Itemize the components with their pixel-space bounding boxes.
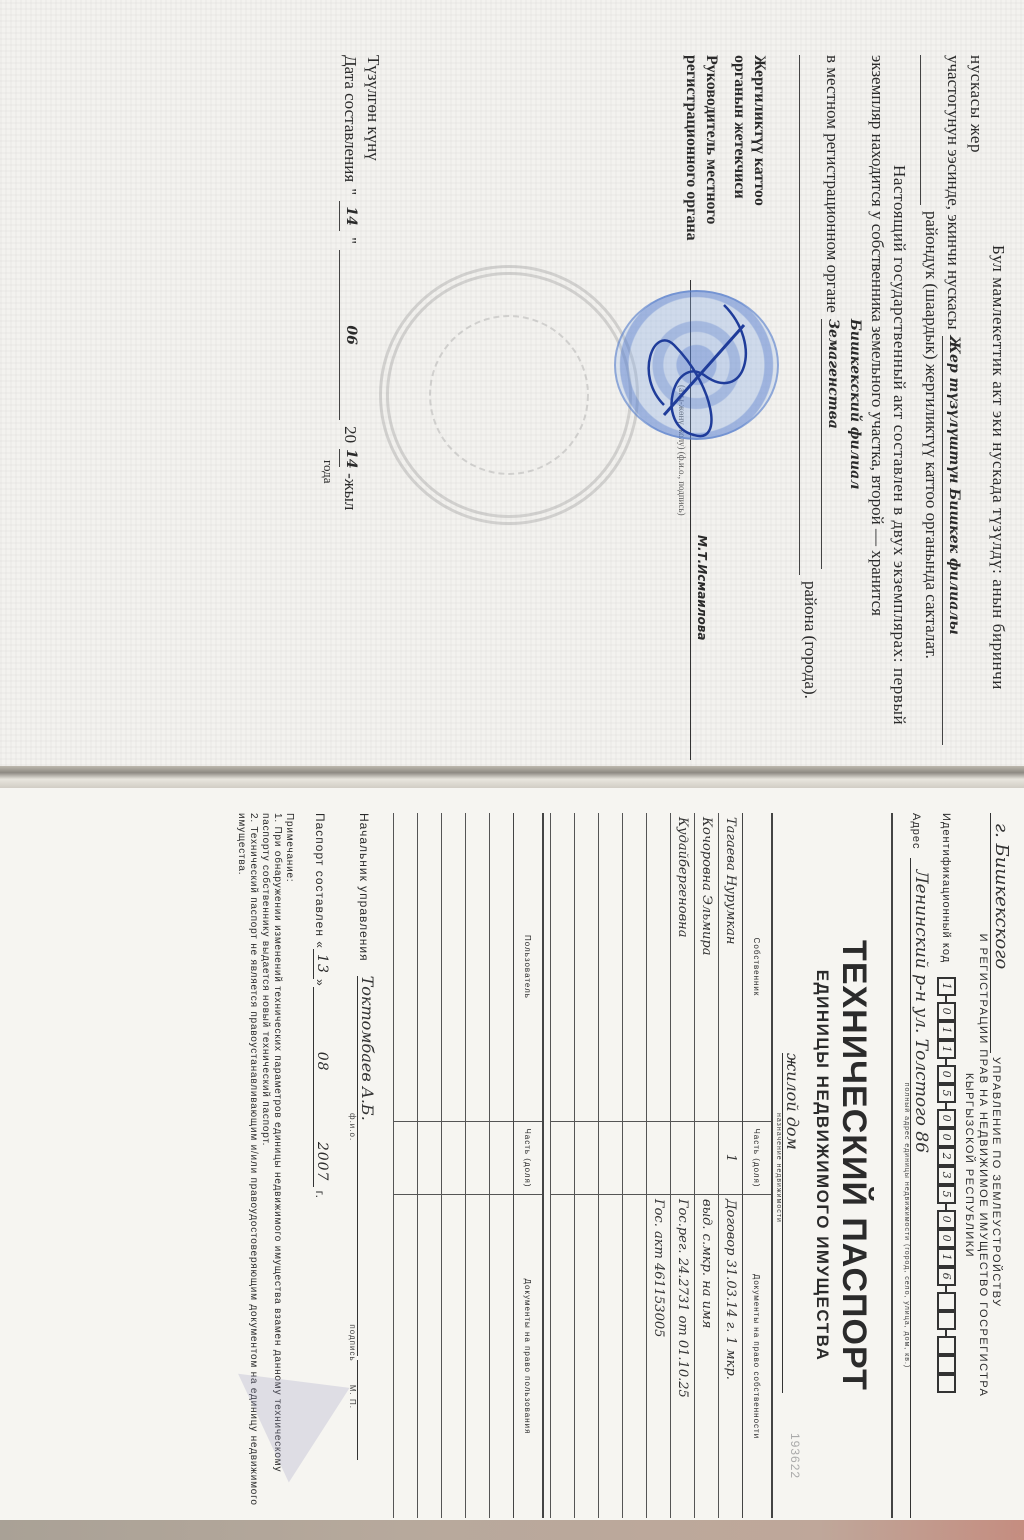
owners-cell-share: 1 [719,1122,743,1195]
owners-cell-owner: Кочоровна Эльмира [695,813,719,1122]
date-label-ky: Түзүлгөн күнү [362,55,384,510]
blank-fill-line [920,55,921,205]
code-digit-box: 0 [937,1229,956,1248]
compilation-date-block: Түзүлгөн күнү Дата составления " 14 " 06… [317,55,384,510]
compiled-year: 2007 [313,1137,330,1187]
compiled-day: 13 [313,949,330,979]
kyrgyz-holder-line: участогунун ээсинде, экинчи нускасы Жер … [942,55,965,745]
owners-header-share: Часть (доля) [743,1122,773,1195]
code-digit-box: 1 [937,1021,956,1040]
owners-cell-docs: выд. с.мкр. на имя [695,1195,719,1519]
owners-cell-share [695,1122,719,1195]
signatory-label-ru-1: Руководитель местного [701,55,721,255]
identification-code-row: Идентификационный код 101105002350016 [937,813,956,1518]
signatory-block: Жергиликтүү каттоо органын жетекчиси Рук… [681,55,769,755]
owners-table-row: Гос. акт 461153005 [647,813,671,1518]
users-cell-user [418,813,442,1122]
users-table-row [490,813,514,1518]
code-digit-box: 1 [937,977,956,996]
users-cell-user [466,813,490,1122]
date-year-prefix: 20 [339,426,361,443]
code-digit-box: 1 [937,1040,956,1059]
issuer-line1: УПРАВЛЕНИЕ ПО ЗЕМЛЕУСТРОЙСТВУ [990,1057,1002,1308]
users-table-row [394,813,418,1518]
owners-cell-docs [575,1195,599,1519]
users-cell-user [490,813,514,1122]
stamp-number: 193622 [782,1433,802,1479]
kyrgyz-text-line2: участогунун ээсинде, экинчи нускасы [942,55,964,330]
owners-table-row: Кочоровна Эльмиравыд. с.мкр. на имя [695,813,719,1518]
users-header-share: Часть (доля) [514,1122,544,1195]
table-surface-edge [0,1520,1024,1540]
year-word-ru: года [317,55,339,510]
code-digit-box: 0 [937,1002,956,1021]
code-digit-box: 0 [937,1109,956,1128]
head-of-department-name: Токтомбаев А.Б. [357,976,377,1356]
signatory-label-ky-1: Жергиликтүү каттоо [749,55,769,255]
code-digit-box: 0 [937,1210,956,1229]
compiled-month: 08 [313,987,330,1137]
owners-table-row [599,813,623,1518]
compiled-year-suffix: г. [313,1191,327,1199]
russian-text-line2: экземпляр находится у собственника земел… [866,55,888,745]
kyrgyz-holder-handwritten: Жер түзүлүштүн Бишкек филиалы [942,336,965,745]
owners-cell-docs [599,1195,623,1519]
code-digit-box [937,1355,956,1374]
blank-fill-line [799,55,800,575]
document-title: ТЕХНИЧЕСКИЙ ПАСПОРТ [834,813,873,1518]
code-digit-box: 0 [937,1065,956,1084]
users-cell-user [442,813,466,1122]
date-line: Дата составления " 14 " 06 2014 -жыл [339,55,362,510]
owners-cell-share [647,1122,671,1195]
kyrgyz-line3: райондук (шаардык) жергиликтүү каттоо ор… [920,55,942,745]
code-digit-box: 1 [937,1248,956,1267]
address-row: Адрес Ленинский р-н ул. Толстого 86 [910,813,931,1518]
owners-cell-share [575,1122,599,1195]
technical-passport-rotated: г. Бишкекского УПРАВЛЕНИЕ ПО ЗЕМЛЕУСТРОЙ… [0,788,1024,1540]
owners-cell-owner [551,813,575,1122]
users-table-row [442,813,466,1518]
caption-name: ф.и.о. [348,1113,357,1141]
signatory-name: М.Т.Исмаилова [695,535,709,640]
owners-cell-owner [599,813,623,1122]
state-act-back-page: Бул мамлекеттик акт эки нускада түзүлдү:… [0,0,1024,772]
issuer-city-handwritten: г. Бишкекского [990,813,1012,1053]
signature-scribble-icon [624,285,784,455]
russian-text-line3: в местном регистрационном органе [821,55,843,313]
issuer-line2: И РЕГИСТРАЦИИ ПРАВ НА НЕДВИЖИМОЕ ИМУЩЕСТ… [976,813,990,1518]
technical-passport-page: г. Бишкекского УПРАВЛЕНИЕ ПО ЗЕМЛЕУСТРОЙ… [0,788,1024,1540]
address-label: Адрес [910,813,922,850]
state-emblem-watermark [379,265,639,525]
users-cell-user [394,813,418,1122]
owners-cell-docs: Гос. акт 461153005 [647,1195,671,1519]
kyrgyz-text-line1: Бул мамлекеттик акт эки нускада түзүлдү:… [967,55,1008,690]
users-cell-docs [418,1195,442,1519]
owners-table: Собственник Часть (доля) Документы на пр… [550,813,773,1518]
users-cell-share [442,1122,466,1195]
owners-cell-docs: Договор 31.03.14 г. 1 мкр. [719,1195,743,1519]
users-header-docs: Документы на право пользования [514,1195,544,1519]
code-digit-box [937,1336,956,1355]
signatory-label-ky-2: органын жетекчиси [729,55,749,255]
owners-table-row [551,813,575,1518]
code-digit-box: 6 [937,1267,956,1286]
date-month: 06 [339,250,362,420]
russian-holder-line: в местном регистрационном органе Бишкекс… [821,55,866,745]
purpose-row: жилой дом 193622 [782,813,802,1518]
users-table: Пользователь Часть (доля) Документы на п… [393,813,544,1518]
users-cell-docs [490,1195,514,1519]
russian-text-line1: Настоящий государственный акт составлен … [890,165,909,725]
page-fold [0,766,1024,788]
owners-cell-share [551,1122,575,1195]
address-value: Ленинский р-н ул. Толстого 86 [910,858,931,1519]
owners-cell-owner: Тагаева Нурумкан [719,813,743,1122]
users-cell-docs [442,1195,466,1519]
divider [891,813,893,1518]
owners-header-owner: Собственник [743,813,773,1122]
code-digit-box: 3 [937,1166,956,1185]
compiled-label: Паспорт составлен « [313,813,327,949]
code-digit-box [937,1311,956,1330]
code-digit-box [937,1292,956,1311]
owners-table-row: Тагаева Нурумкан1Договор 31.03.14 г. 1 м… [719,813,743,1518]
code-digit-box: 0 [937,1128,956,1147]
purpose-value: жилой дом [782,1053,802,1393]
owners-table-row: КудайбергеновнаГос.рег. 24.2731 от 01.10… [671,813,695,1518]
issuer-line3: КЫРГЫЗСКОЙ РЕСПУБЛИКИ [962,813,976,1518]
kyrgyz-text-line3: райондук (шаардык) жергиликтүү каттоо ор… [920,211,942,659]
compiled-quote: » [313,979,327,987]
code-digit-box [937,1374,956,1393]
code-digit-box: 5 [937,1084,956,1103]
owners-cell-owner [575,813,599,1122]
owners-cell-share [671,1122,695,1195]
kyrgyz-copies-paragraph: Бул мамлекеттик акт эки нускада түзүлдү:… [965,55,1009,745]
users-cell-share [394,1122,418,1195]
date-label-ru: Дата составления [339,55,361,182]
document-subtitle: ЕДИНИЦЫ НЕДВИЖИМОГО ИМУЩЕСТВА [812,813,832,1518]
owners-header-docs: Документы на право собственности [743,1195,773,1519]
signatory-label: Жергиликтүү каттоо органын жетекчиси Рук… [681,55,769,255]
users-cell-share [418,1122,442,1195]
owners-table-row [623,813,647,1518]
russian-copies-paragraph: Настоящий государственный акт составлен … [888,55,910,745]
russian-text-line4: района (города). [799,581,821,699]
caption-sign: подпись [348,1324,357,1361]
year-word-ky: -жыл [339,473,361,510]
state-act-page-rotated: Бул мамлекеттик акт эки нускада түзүлдү:… [0,0,1024,772]
owners-table-row [575,813,599,1518]
issuer-line: г. Бишкекского УПРАВЛЕНИЕ ПО ЗЕМЛЕУСТРОЙ… [990,813,1012,1518]
users-table-row [418,813,442,1518]
owners-cell-share [623,1122,647,1195]
code-digit-box: 2 [937,1147,956,1166]
users-cell-share [490,1122,514,1195]
users-cell-docs [394,1195,418,1519]
head-of-department-label: Начальник управления [357,813,371,962]
address-caption: полный адрес единицы недвижимости (город… [903,813,910,1518]
purpose-caption: назначение недвижимости [775,813,782,1518]
users-cell-share [466,1122,490,1195]
signatory-label-ru-2: регистрационного органа [681,55,701,255]
users-cell-docs [466,1195,490,1519]
code-digit-box: 5 [937,1185,956,1204]
owners-cell-owner [623,813,647,1122]
identification-code-label: Идентификационный код [941,813,953,963]
date-day: 14 [339,201,362,231]
russian-line4: района (города). [799,55,821,745]
identification-code-boxes: 101105002350016 [937,977,956,1393]
owners-cell-docs [623,1195,647,1519]
date-year-suffix: 14 [339,449,362,467]
copies-statement: Бул мамлекеттик акт эки нускада түзүлдү:… [799,55,1009,745]
owners-cell-docs: Гос.рег. 24.2731 от 01.10.25 [671,1195,695,1519]
owners-cell-docs [551,1195,575,1519]
users-table-row [466,813,490,1518]
owners-cell-owner: Кудайбергеновна [671,813,695,1122]
russian-holder-handwritten: Бишкекский филиал Земагенства [821,319,866,569]
owners-cell-owner [647,813,671,1122]
owners-cell-share [599,1122,623,1195]
users-header-user: Пользователь [514,813,544,1122]
